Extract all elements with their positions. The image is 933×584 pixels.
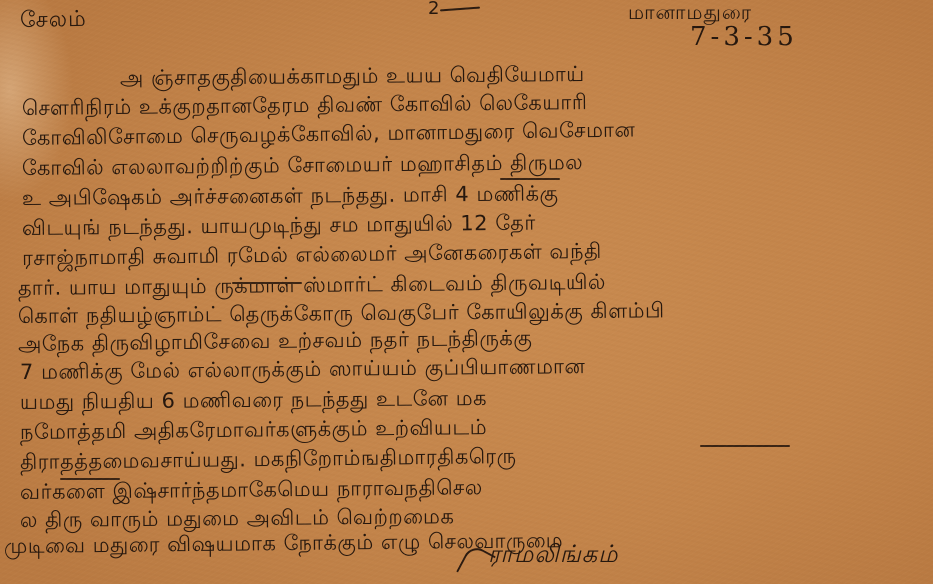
body-line-10: அநேக திருவிழாமிசேவை உற்சவம் நதர் நடந்திர… (18, 326, 533, 359)
underline-mark (232, 282, 302, 284)
underline-mark (700, 445, 790, 447)
body-line-3: கோவிலிசோமை செருவழக்கோவில், மானாமதுரை வெச… (22, 117, 636, 153)
signature: ராமலிங்கம் (488, 540, 618, 571)
body-line-1: அ ஞ்சாதகுதியைக்காமதும் உயய வெதியேமாய் (120, 62, 585, 93)
letter-date: 7-3-35 (690, 22, 798, 52)
underline-mark (60, 478, 120, 480)
body-line-11: 7 மணிக்கு மேல் எல்லாருக்கும் ஸாய்யம் குப… (20, 354, 586, 387)
body-line-9: கொள் நதியழ்ஞாம்ட் தெருக்கோரு வெகுபேர் கோ… (18, 298, 665, 331)
body-line-12: யமது நியதிய 6 மணிவரை நடந்தது உடனே மக (20, 386, 487, 417)
body-line-5: உ அபிஷேகம் அர்ச்சனைகள் நடந்தது. மாசி 4 ம… (22, 181, 559, 213)
body-line-14: திராதத்தமைவசாய்யது. மகநிறோம்ஙதிமாரதிகரெர… (20, 444, 517, 477)
place-left: சேலம் (20, 7, 87, 36)
body-line-13: நமோத்தமி அதிகரேமாவர்களுக்கும் உற்வியடம் (20, 415, 487, 447)
body-line-6: விடயுங் நடந்தது. யாயமுடிந்து சம மாதுயில்… (22, 211, 536, 243)
body-line-7: ரசாஜ்நாமாதி சுவாமி ரமேல் எல்லைமர் அனேகரை… (22, 239, 602, 273)
body-line-8: தார். யாய மாதுயும் ருக்மாள் ஸ்மார்ட் கிட… (18, 270, 606, 303)
letter-page: சேலம் 2 மானாமதுரை 7-3-35 அ ஞ்சாதகுதியைக்… (0, 0, 933, 584)
body-line-2: சௌரிநிரம் உக்குறதானதேரம திவண் கோவில் லெக… (22, 90, 588, 123)
underline-mark (500, 178, 560, 180)
page-number: 2 (428, 0, 440, 19)
page-number-dash (440, 7, 480, 12)
